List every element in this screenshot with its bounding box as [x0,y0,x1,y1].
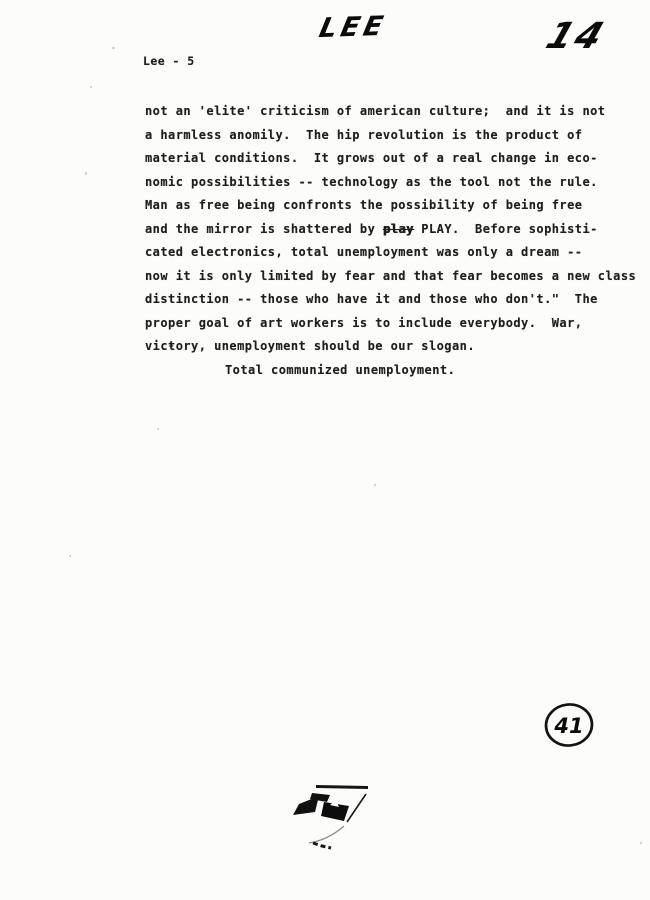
typed-paragraph: not an 'elite' criticism of american cul… [145,100,625,383]
typed-line: material conditions. It grows out of a r… [145,147,625,171]
stamp-smudge-icon [286,781,382,865]
circled-number-text: 41 [553,714,583,738]
scan-speck [157,428,159,430]
typed-line: vicŧory, unemployment should be our slog… [145,335,625,359]
typed-closing-line: Total communized unemployment. [145,359,625,383]
overtype-pre: and the mirror is shattered by [145,222,383,236]
typed-page-label: Lee - 5 [143,54,195,68]
typed-line: Man as free being confronts the possibil… [145,194,625,218]
circled-page-number: 41 [541,699,597,757]
scan-speck [85,172,87,175]
scan-speck [112,47,115,49]
typed-line: now it is only limited by fear and that … [145,265,625,289]
typed-line: a harmless anomily. The hip revolution i… [145,124,625,148]
typed-line-with-overtype: and the mirror is shattered by play PLAY… [145,218,625,242]
typed-line: not an 'elite' criticism of american cul… [145,100,625,124]
typed-line: cated electronics, total unemployment wa… [145,241,625,265]
ink-smudge-mark [286,781,382,869]
overtyped-word: play [383,222,414,236]
scan-speck [90,86,92,88]
hand-drawn-circle-icon: 41 [541,699,597,753]
overtype-post: PLAY. Before sophisti- [414,222,598,236]
typed-line: distinction -- those who have it and tho… [145,288,625,312]
typed-line: nomic possibilities -- technology as the… [145,171,625,195]
scan-speck [640,842,642,844]
handwritten-page-number: 14 [541,16,612,57]
scanned-document-page: LEE 14 Lee - 5 not an 'elite' criticism … [0,0,650,900]
scan-speck [69,555,71,557]
scan-speck [374,484,376,486]
typed-line: proper goal of art workers is to include… [145,312,625,336]
handwritten-name: LEE [294,10,412,45]
